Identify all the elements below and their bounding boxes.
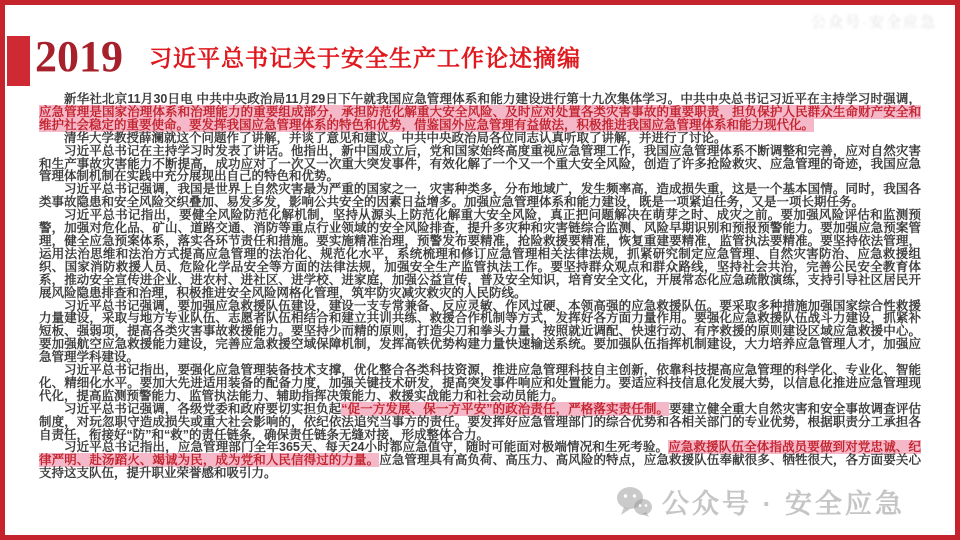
paragraph: 习近平总书记强调，我国是世界上自然灾害最为严重的国家之一，灾害种类多，分布地域广…	[39, 183, 921, 209]
red-corner-block	[7, 36, 30, 86]
article-body: 新华社北京11月30日电 中共中央政治局11月29日下午就我国应急管理体系和能力…	[39, 93, 921, 480]
watermark-bottom: 公众号 · 安全应急	[616, 482, 905, 521]
paragraph: 新华社北京11月30日电 中共中央政治局11月29日下午就我国应急管理体系和能力…	[39, 93, 921, 132]
watermark-top: 公众号·安全应急	[811, 11, 937, 32]
highlighted-text: 应急管理是国家治理体系和治理能力的重要组成部分，承担防范化解重大安全风险、及时应…	[39, 105, 921, 132]
body-text: 清华大学教授薛澜就这个问题作了讲解，并谈了意见和建议。中共中央政治局各位同志认真…	[64, 131, 727, 145]
highlighted-text: “促一方发展、保一方平安”的政治责任，严格落实责任制。	[341, 402, 669, 416]
year-label: 2019	[35, 37, 123, 77]
body-text: 习近平总书记强调，各级党委和政府要切实担负起	[64, 402, 341, 416]
paragraph: 习近平总书记指出，要健全风险防范化解机制，坚持从源头上防范化解重大安全风险，真正…	[39, 209, 921, 299]
body-text: 新华社北京11月30日电 中共中央政治局11月29日下午就我国应急管理体系和能力…	[64, 92, 921, 106]
paragraph: 习近平总书记强调，各级党委和政府要切实担负起“促一方发展、保一方平安”的政治责任…	[39, 403, 921, 442]
header: 2019 习近平总书记关于安全生产工作论述摘编	[35, 37, 581, 77]
paragraph: 习近平总书记在主持学习时发表了讲话。他指出，新中国成立后，党和国家始终高度重视应…	[39, 145, 921, 184]
paragraph: 习近平总书记强调，要加强应急救援队伍建设，建设一支专常兼备、反应灵敏、作风过硬、…	[39, 300, 921, 365]
watermark-text: 公众号 · 安全应急	[662, 482, 905, 521]
wechat-icon	[616, 486, 652, 518]
page-title: 习近平总书记关于安全生产工作论述摘编	[149, 40, 581, 77]
paragraph: 习近平总书记指出，应急管理部门全年365天、每天24小时都应急值守，随时可能面对…	[39, 441, 921, 480]
body-text: 习近平总书记指出，要强化应急管理装备技术支撑，优化整合各类科技资源，推进应急管理…	[39, 363, 921, 403]
body-text: 习近平总书记在主持学习时发表了讲话。他指出，新中国成立后，党和国家始终高度重视应…	[39, 144, 921, 184]
body-text: 习近平总书记强调，我国是世界上自然灾害最为严重的国家之一，灾害种类多，分布地域广…	[39, 182, 921, 209]
slide: 2019 习近平总书记关于安全生产工作论述摘编 公众号·安全应急 新华社北京11…	[0, 0, 960, 540]
body-text: 习近平总书记指出，要健全风险防范化解机制，坚持从源头上防范化解重大安全风险，真正…	[39, 208, 921, 299]
paragraph: 习近平总书记指出，要强化应急管理装备技术支撑，优化整合各类科技资源，推进应急管理…	[39, 364, 921, 403]
body-text: 习近平总书记强调，要加强应急救援队伍建设，建设一支专常兼备、反应灵敏、作风过硬、…	[39, 299, 921, 365]
